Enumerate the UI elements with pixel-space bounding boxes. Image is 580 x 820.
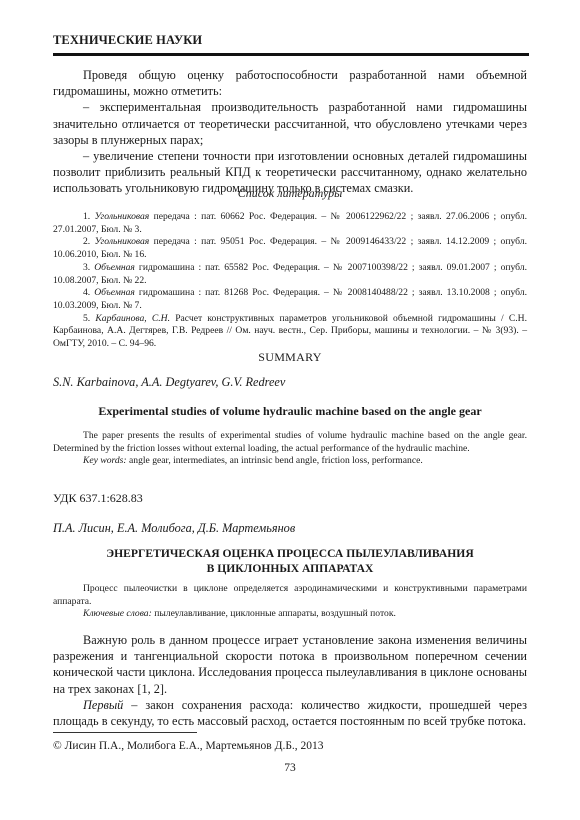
conclusion-section: Проведя общую оценку работоспособности р…	[53, 67, 527, 197]
body-paragraph: Первый – закон сохранения расхода: колич…	[53, 697, 527, 729]
summary-abstract: The paper presents the results of experi…	[53, 430, 527, 455]
references-list: 1. Угольниковая передача : пат. 60662 Ро…	[53, 211, 527, 351]
article-title: ЭНЕРГЕТИЧЕСКАЯ ОЦЕНКА ПРОЦЕССА ПЫЛЕУЛАВЛ…	[53, 547, 527, 576]
reference-item: 3. Объемная гидромашина : пат. 65582 Рос…	[53, 262, 527, 287]
page-number: 73	[0, 762, 580, 774]
reference-item: 5. Карбаинова, С.Н. Расчет конструктивны…	[53, 313, 527, 351]
article-abstract-section: Процесс пылеочистки в циклоне определяет…	[53, 583, 527, 621]
udk-code: УДК 637.1:628.83	[53, 491, 527, 506]
summary-heading: SUMMARY	[53, 350, 527, 365]
article-keywords: Ключевые слова: пылеулавливание, циклонн…	[53, 608, 527, 621]
article-authors: П.А. Лисин, Е.А. Молибога, Д.Б. Мартемья…	[53, 521, 527, 536]
article-body: Важную роль в данном процессе играет уст…	[53, 632, 527, 729]
header-rule	[53, 53, 529, 56]
conclusion-intro: Проведя общую оценку работоспособности р…	[53, 67, 527, 99]
references-title: Список литературы	[53, 186, 527, 201]
summary-abstract-section: The paper presents the results of experi…	[53, 430, 527, 468]
reference-item: 4. Объемная гидромашина : пат. 81268 Рос…	[53, 287, 527, 312]
footnote-rule	[53, 732, 197, 733]
copyright-note: © Лисин П.А., Молибога Е.А., Мартемьянов…	[53, 740, 324, 752]
summary-authors: S.N. Karbainova, A.A. Degtyarev, G.V. Re…	[53, 375, 527, 390]
summary-keywords: Key words: angle gear, intermediates, an…	[53, 455, 527, 468]
summary-title: Experimental studies of volume hydraulic…	[53, 404, 527, 419]
article-abstract: Процесс пылеочистки в циклоне определяет…	[53, 583, 527, 608]
reference-item: 2. Угольниковая передача : пат. 95051 Ро…	[53, 236, 527, 261]
body-paragraph: Важную роль в данном процессе играет уст…	[53, 632, 527, 697]
conclusion-item-1: – экспериментальная производительность р…	[53, 99, 527, 148]
running-head: ТЕХНИЧЕСКИЕ НАУКИ	[53, 33, 202, 48]
reference-item: 1. Угольниковая передача : пат. 60662 Ро…	[53, 211, 527, 236]
